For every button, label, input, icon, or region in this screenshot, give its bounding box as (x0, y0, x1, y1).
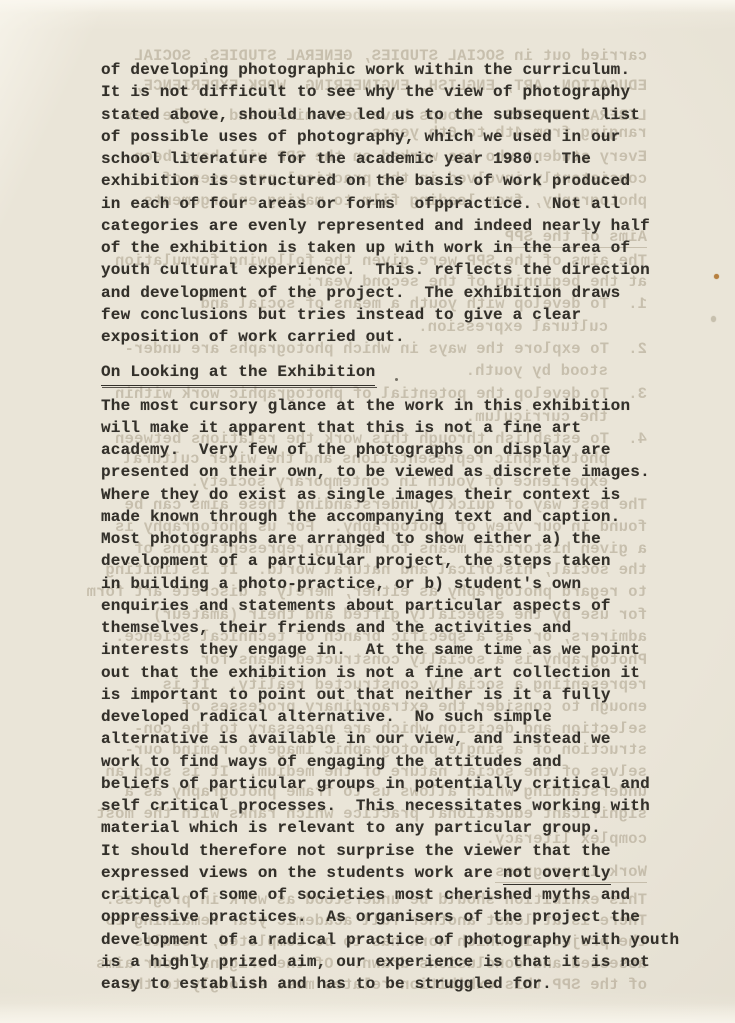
text-line: self critical processes. This necessitat… (101, 795, 701, 817)
text-line: Where they do exist as single images the… (101, 484, 701, 506)
text-line: and development of the project. The exhi… (101, 282, 701, 304)
section-heading: On Looking at the Exhibition (101, 361, 375, 385)
text-segment: expressed views on the students work are (101, 864, 503, 882)
text-line: will make it apparent that this is not a… (101, 417, 701, 439)
text-line: It is not difficult to see why the view … (101, 81, 701, 103)
text-line: in building a photo-practice, or b) stud… (101, 573, 701, 595)
page-bottom-edge (0, 1003, 735, 1023)
text-line: development of a radical practice of pho… (101, 929, 701, 951)
underlined-text: not overtly (503, 862, 611, 885)
text-line: material which is relevant to any partic… (101, 817, 701, 839)
heading-row: On Looking at the Exhibition (101, 361, 701, 383)
text-line: critical of some of societies most cheri… (101, 884, 701, 906)
text-line: out that the exhibition is not a fine ar… (101, 662, 701, 684)
text-line: work to find ways of engaging the attitu… (101, 751, 701, 773)
text-line: of developing photographic work within t… (101, 59, 701, 81)
text-line: academy. Very few of the photographs on … (101, 439, 701, 461)
scanned-typewritten-page: carried out in SOCIAL STUDIES, GENERAL S… (0, 0, 735, 1023)
text-line: of possible uses of photography, which w… (101, 126, 701, 148)
text-line: youth cultural experience. This. reflect… (101, 259, 701, 281)
text-line: is a highly prized aim, our experience i… (101, 951, 701, 973)
text-line: easy to establish and has to be struggle… (101, 973, 701, 995)
text-line: beliefs of particular groups in potentia… (101, 773, 701, 795)
text-line: expressed views on the students work are… (101, 862, 701, 884)
text-line: oppressive practices. As organisers of t… (101, 906, 701, 928)
stain-speck (714, 274, 719, 279)
text-line: exhibition is structured on the basis of… (101, 170, 701, 192)
text-line: exposition of work carried out. (101, 326, 701, 348)
typewritten-text-block: of developing photographic work within t… (101, 59, 701, 995)
text-line: development of a particular project, the… (101, 550, 701, 572)
text-line: It should therefore not surprise the vie… (101, 840, 701, 862)
text-line: few conclusions but tries instead to giv… (101, 304, 701, 326)
text-line: developed radical alternative. No such s… (101, 706, 701, 728)
text-line: The most cursory glance at the work in t… (101, 395, 701, 417)
text-line: enquiries and statements about particula… (101, 595, 701, 617)
text-line: in each of four areas or forms ofppracti… (101, 193, 701, 215)
text-line: presented on their own, to be viewed as … (101, 461, 701, 483)
text-line: made known through the accompanying text… (101, 506, 701, 528)
text-line: Most photographs are arranged to show ei… (101, 528, 701, 550)
text-line: school literature for the academic year … (101, 148, 701, 170)
ink-speck (395, 378, 398, 381)
text-line: interests they engage in. At the same ti… (101, 639, 701, 661)
text-line: is important to point out that neither i… (101, 684, 701, 706)
paragraph-2: The most cursory glance at the work in t… (101, 395, 701, 996)
page-top-edge (0, 0, 735, 13)
text-line: stated above, should have led us to the … (101, 104, 701, 126)
text-line: of the exhibition is taken up with work … (101, 237, 701, 259)
text-line: categories are evenly represented and in… (101, 215, 701, 237)
text-line: themselves, their friends and the activi… (101, 617, 701, 639)
stain-speck (711, 316, 716, 322)
text-line: alternative is available in our view, an… (101, 728, 701, 750)
paragraph-1: of developing photographic work within t… (101, 59, 701, 348)
